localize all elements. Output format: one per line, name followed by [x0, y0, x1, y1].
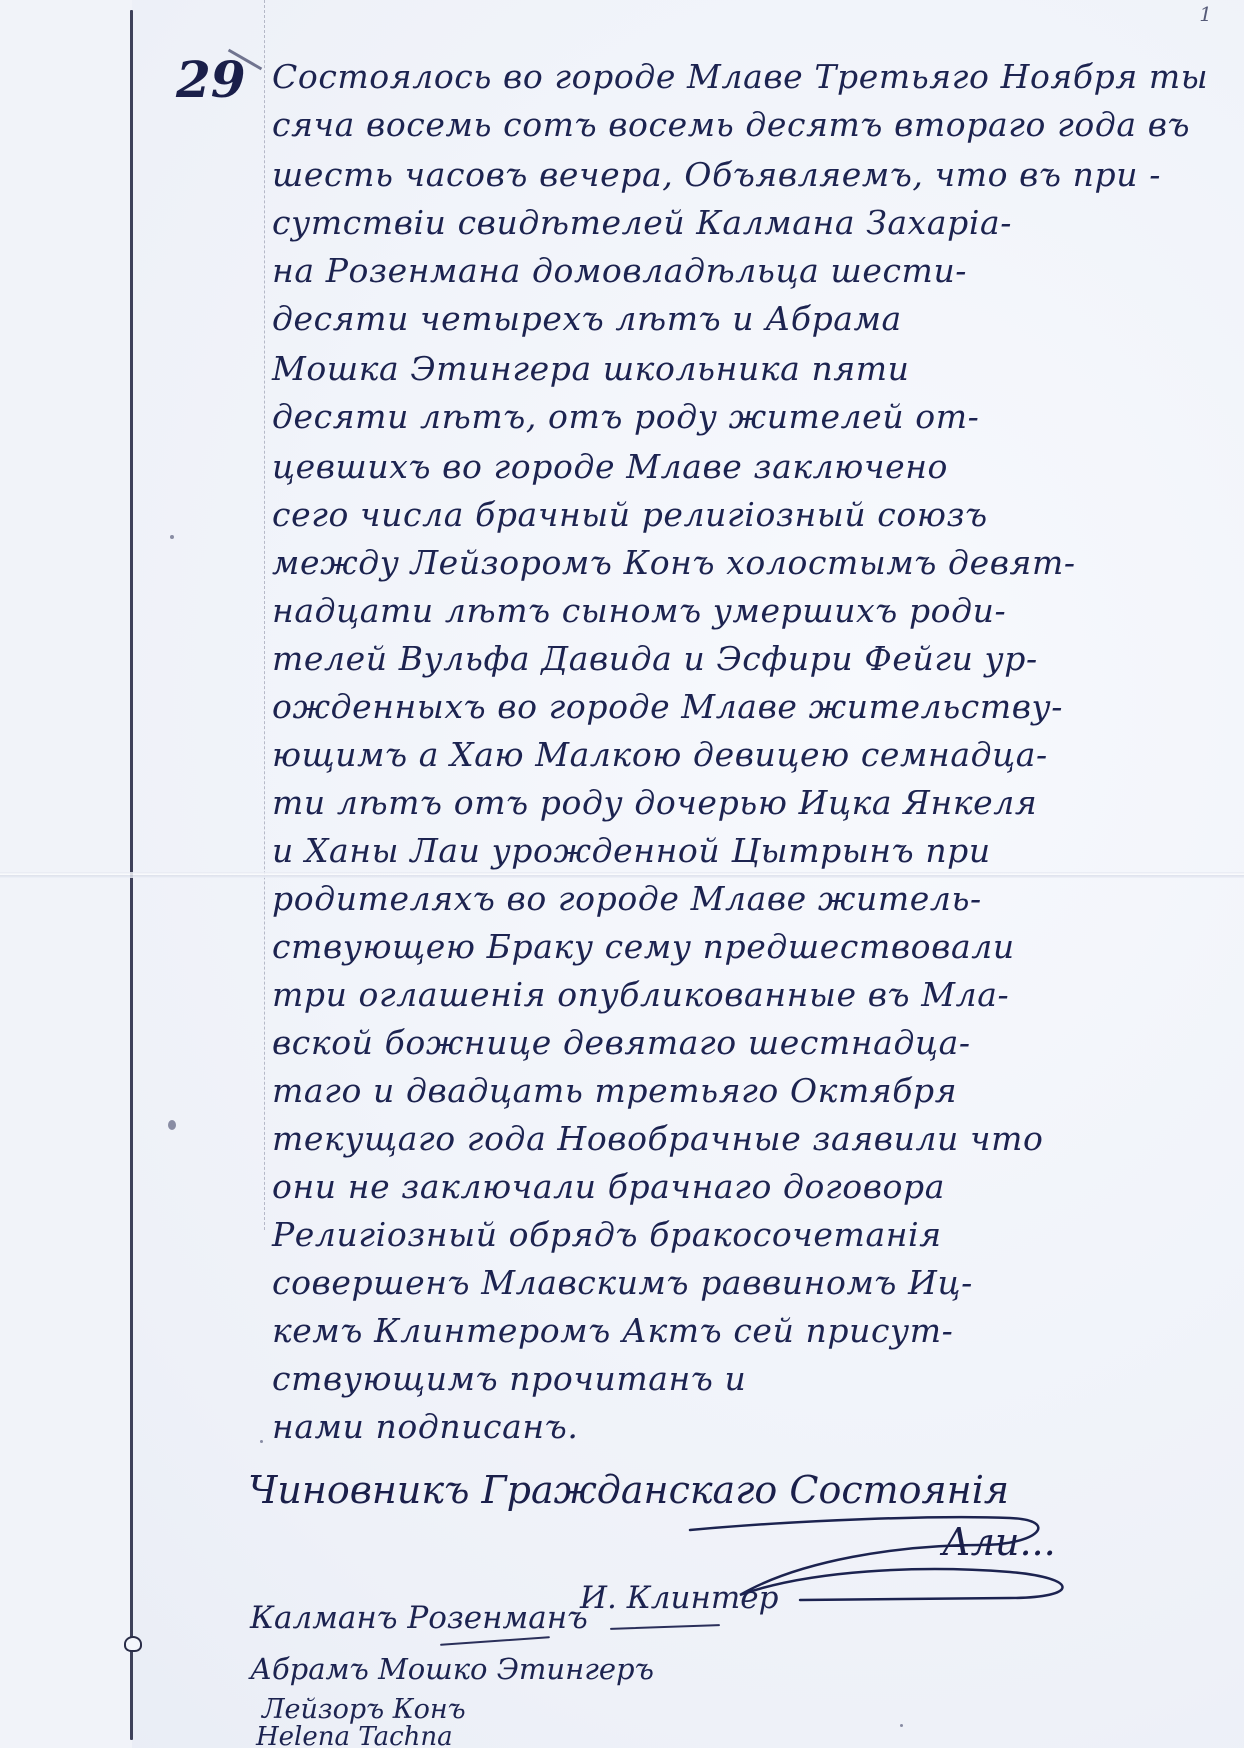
record-line: таго и двадцать третьяго Октября [272, 1074, 957, 1107]
record-line: текущаго года Новобрачные заявили что [272, 1122, 1043, 1155]
record-line: они не заключали брачнаго договора [272, 1170, 945, 1203]
record-line: совершенъ Млавскимъ раввиномъ Иц- [272, 1266, 973, 1299]
record-line: ствующимъ прочитанъ и [272, 1362, 746, 1395]
dotted-margin-rule [264, 0, 265, 1230]
record-line: телей Вульфа Давида и Эсфири Фейги ур- [272, 642, 1038, 675]
fold-crease [0, 872, 1244, 878]
record-line: ожденныхъ во городе Млаве жительству- [272, 690, 1063, 723]
rule-ink-blot [124, 1636, 142, 1652]
record-line: родителяхъ во городе Млаве житель- [272, 882, 982, 915]
record-line: три оглашенія опубликованные въ Мла- [272, 978, 1009, 1011]
record-line: сутствіи свидѣтелей Калмана Захаріа- [272, 206, 1012, 239]
signature-helena-tachna: Helena Tachna [256, 1722, 453, 1748]
record-line: ющимъ а Хаю Малкою девицею семнадца- [272, 738, 1048, 771]
record-line: ти лѣтъ отъ роду дочерью Ицка Янкеля [272, 786, 1037, 819]
ink-speck [900, 1724, 903, 1727]
record-line: Состоялось во городе Млаве Третьяго Нояб… [272, 60, 1208, 93]
official-signature: Али... [942, 1520, 1056, 1564]
entry-number: 29 [176, 50, 246, 109]
ink-speck [170, 535, 174, 539]
record-line: шесть часовъ вечера, Объявляемъ, что въ … [272, 158, 1161, 191]
record-line: надцати лѣтъ сыномъ умершихъ роди- [272, 594, 1006, 627]
ink-speck [260, 1440, 263, 1443]
record-line: кемъ Клинтеромъ Актъ сей присут- [272, 1314, 953, 1347]
record-line: цевшихъ во городе Млаве заключено [272, 450, 948, 483]
signature-rabbi-klinter: И. Клинтер [580, 1580, 778, 1616]
record-line: сего числа брачный религіозный союзъ [272, 498, 988, 531]
signature-kalman-rozenman: Калманъ Розенманъ [250, 1600, 588, 1636]
record-line: десяти лѣтъ, отъ роду жителей от- [272, 400, 979, 433]
ink-speck [168, 1120, 176, 1130]
record-line: Религіозный обрядъ бракосочетанія [272, 1218, 942, 1251]
signature-abram-moshko-etinger: Абрамъ Мошко Этингеръ [250, 1652, 654, 1686]
corner-page-mark: 1 [1199, 2, 1212, 26]
signature-leyzor-kon: Лейзоръ Конъ [262, 1694, 466, 1725]
record-line: Мошка Этингера школьника пяти [272, 352, 910, 385]
record-line: ствующею Браку сему предшествовали [272, 930, 1015, 963]
record-line: на Розенмана домовладѣльца шести- [272, 254, 967, 287]
record-line: между Лейзоромъ Конъ холостымъ девят- [272, 546, 1076, 579]
record-line: сяча восемь сотъ восемь десятъ втораго г… [272, 108, 1190, 141]
record-line: и Ханы Лаи урожденной Цытрынъ при [272, 834, 991, 867]
record-line: вской божнице девятаго шестнадца- [272, 1026, 971, 1059]
record-line: десяти четырехъ лѣтъ и Абрама [272, 302, 902, 335]
record-line: нами подписанъ. [272, 1410, 578, 1443]
